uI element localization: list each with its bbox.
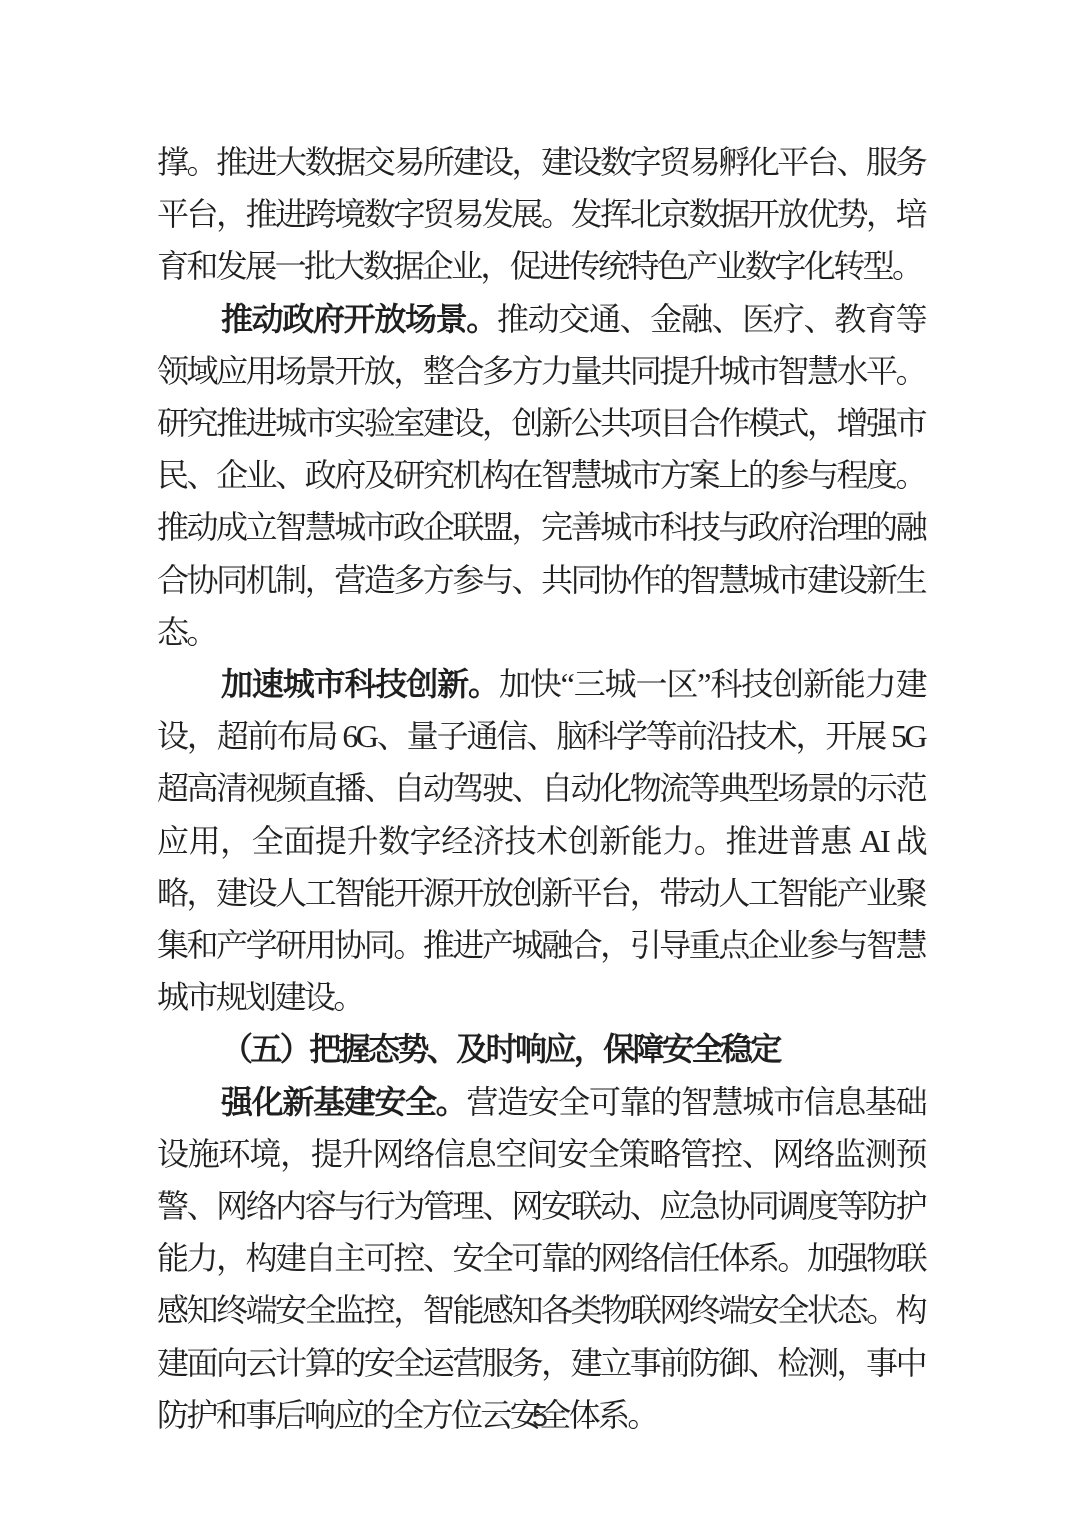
paragraph-lead: 推动政府开放场景。 (221, 301, 497, 337)
paragraph-text: 营造安全可靠的智慧城市信息基础设施环境，提升网络信息空间安全策略管控、网络监测预… (157, 1084, 925, 1433)
paragraph-open-government-scenes: 推动政府开放场景。推动交通、金融、医疗、教育等领域应用场景开放，整合多方力量共同… (157, 293, 925, 658)
paragraph-big-data-trading: 撑。推进大数据交易所建设，建设数字贸易孵化平台、服务平台，推进跨境数字贸易发展。… (157, 136, 925, 293)
document-page: 撑。推进大数据交易所建设，建设数字贸易孵化平台、服务平台，推进跨境数字贸易发展。… (0, 0, 1080, 1527)
paragraph-text: 推动交通、金融、医疗、教育等领域应用场景开放，整合多方力量共同提升城市智慧水平。… (157, 301, 925, 650)
section-heading-five: （五）把握态势、及时响应，保障安全稳定 (157, 1023, 925, 1075)
paragraph-text: 撑。推进大数据交易所建设，建设数字贸易孵化平台、服务平台，推进跨境数字贸易发展。… (157, 144, 925, 284)
paragraph-lead: 强化新基建安全。 (221, 1084, 466, 1120)
paragraph-lead: 加速城市科技创新。 (221, 666, 499, 702)
section-heading-text: （五）把握态势、及时响应，保障安全稳定 (221, 1031, 780, 1067)
page-number: 5 (0, 1401, 1080, 1434)
paragraph-city-tech-innovation: 加速城市科技创新。加快“三城一区”科技创新能力建设，超前布局 6G、量子通信、脑… (157, 658, 925, 1023)
paragraph-new-infrastructure-security: 强化新基建安全。营造安全可靠的智慧城市信息基础设施环境，提升网络信息空间安全策略… (157, 1076, 925, 1441)
paragraph-text: 加快“三城一区”科技创新能力建设，超前布局 6G、量子通信、脑科学等前沿技术，开… (157, 666, 925, 1015)
text-block: 撑。推进大数据交易所建设，建设数字贸易孵化平台、服务平台，推进跨境数字贸易发展。… (157, 136, 925, 1441)
